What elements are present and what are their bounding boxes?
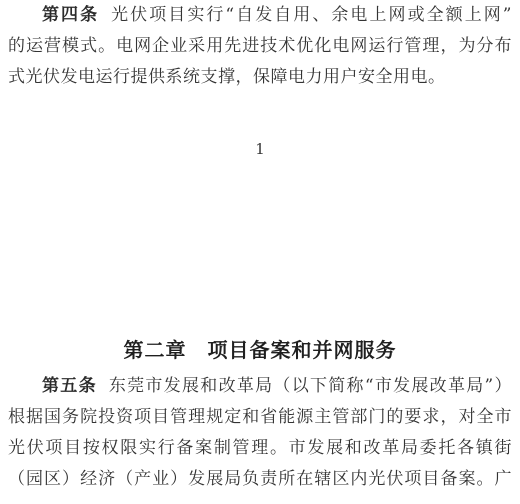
article-5-paragraph: 第五条东莞市发展和改革局（以下简称“市发展改革局”） 根据国务院投资项目管理规定… [8, 371, 512, 495]
article-4-line-1-text: 光伏项目实行“自发自用、余电上网或全额上网” [111, 5, 512, 25]
article-5-line-4: （园区）经济（产业）发展局负责所在辖区内光伏项目备案。广 [8, 464, 512, 495]
article-5-line-1-text: 东莞市发展和改革局（以下简称“市发展改革局”） [109, 376, 512, 396]
chapter-heading: 第二章 项目备案和并网服务 [0, 336, 520, 364]
article-4-term: 第四条 [42, 5, 99, 25]
article-4-line-2: 的运营模式。电网企业采用先进技术优化电网运行管理，为分布 [8, 31, 512, 62]
page-number: 1 [0, 139, 520, 159]
article-4-line-1: 第四条光伏项目实行“自发自用、余电上网或全额上网” [8, 0, 512, 31]
article-5-term: 第五条 [42, 376, 97, 396]
document-page: 第四条光伏项目实行“自发自用、余电上网或全额上网” 的运营模式。电网企业采用先进… [0, 0, 520, 504]
article-5-line-3: 光伏项目按权限实行备案制管理。市发展和改革局委托各镇街 [8, 433, 512, 464]
article-5-line-1: 第五条东莞市发展和改革局（以下简称“市发展改革局”） [8, 371, 512, 402]
article-4-paragraph: 第四条光伏项目实行“自发自用、余电上网或全额上网” 的运营模式。电网企业采用先进… [8, 0, 512, 93]
article-5-line-2: 根据国务院投资项目管理规定和省能源主管部门的要求，对全市 [8, 402, 512, 433]
article-4-line-3: 式光伏发电运行提供系统支撑，保障电力用户安全用电。 [8, 62, 512, 93]
